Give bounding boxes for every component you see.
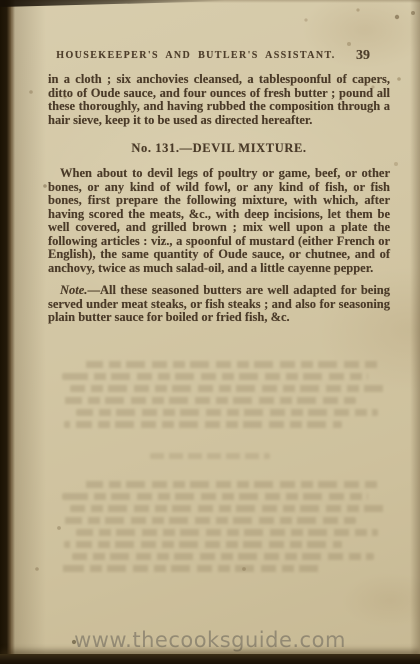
running-header: HOUSEKEEPER'S AND BUTLER'S ASSISTANT. 39 bbox=[48, 50, 390, 66]
note-text: —All these seasoned butters are well ada… bbox=[48, 283, 390, 324]
note-label: Note. bbox=[60, 283, 87, 297]
section-heading: No. 131.—DEVIL MIXTURE. bbox=[48, 141, 390, 156]
header-title: HOUSEKEEPER'S AND BUTLER'S ASSISTANT. bbox=[48, 50, 344, 61]
paragraph-recipe: When about to devil legs of poultry or g… bbox=[48, 167, 390, 275]
page-edge-bottom bbox=[0, 654, 420, 664]
gutter-shadow bbox=[12, 0, 46, 664]
page-number: 39 bbox=[356, 48, 370, 64]
paragraph-note: Note.—All these seasoned butters are wel… bbox=[48, 284, 390, 325]
watermark-text: www.thecooksguide.com bbox=[0, 628, 420, 652]
page-edge-right bbox=[410, 0, 420, 664]
paragraph-continuation: in a cloth ; six anchovies cleansed, a t… bbox=[48, 73, 390, 127]
paper: HOUSEKEEPER'S AND BUTLER'S ASSISTANT. 39… bbox=[0, 0, 420, 664]
book-page-scan: HOUSEKEEPER'S AND BUTLER'S ASSISTANT. 39… bbox=[0, 0, 420, 664]
page-edge-left bbox=[0, 0, 15, 664]
